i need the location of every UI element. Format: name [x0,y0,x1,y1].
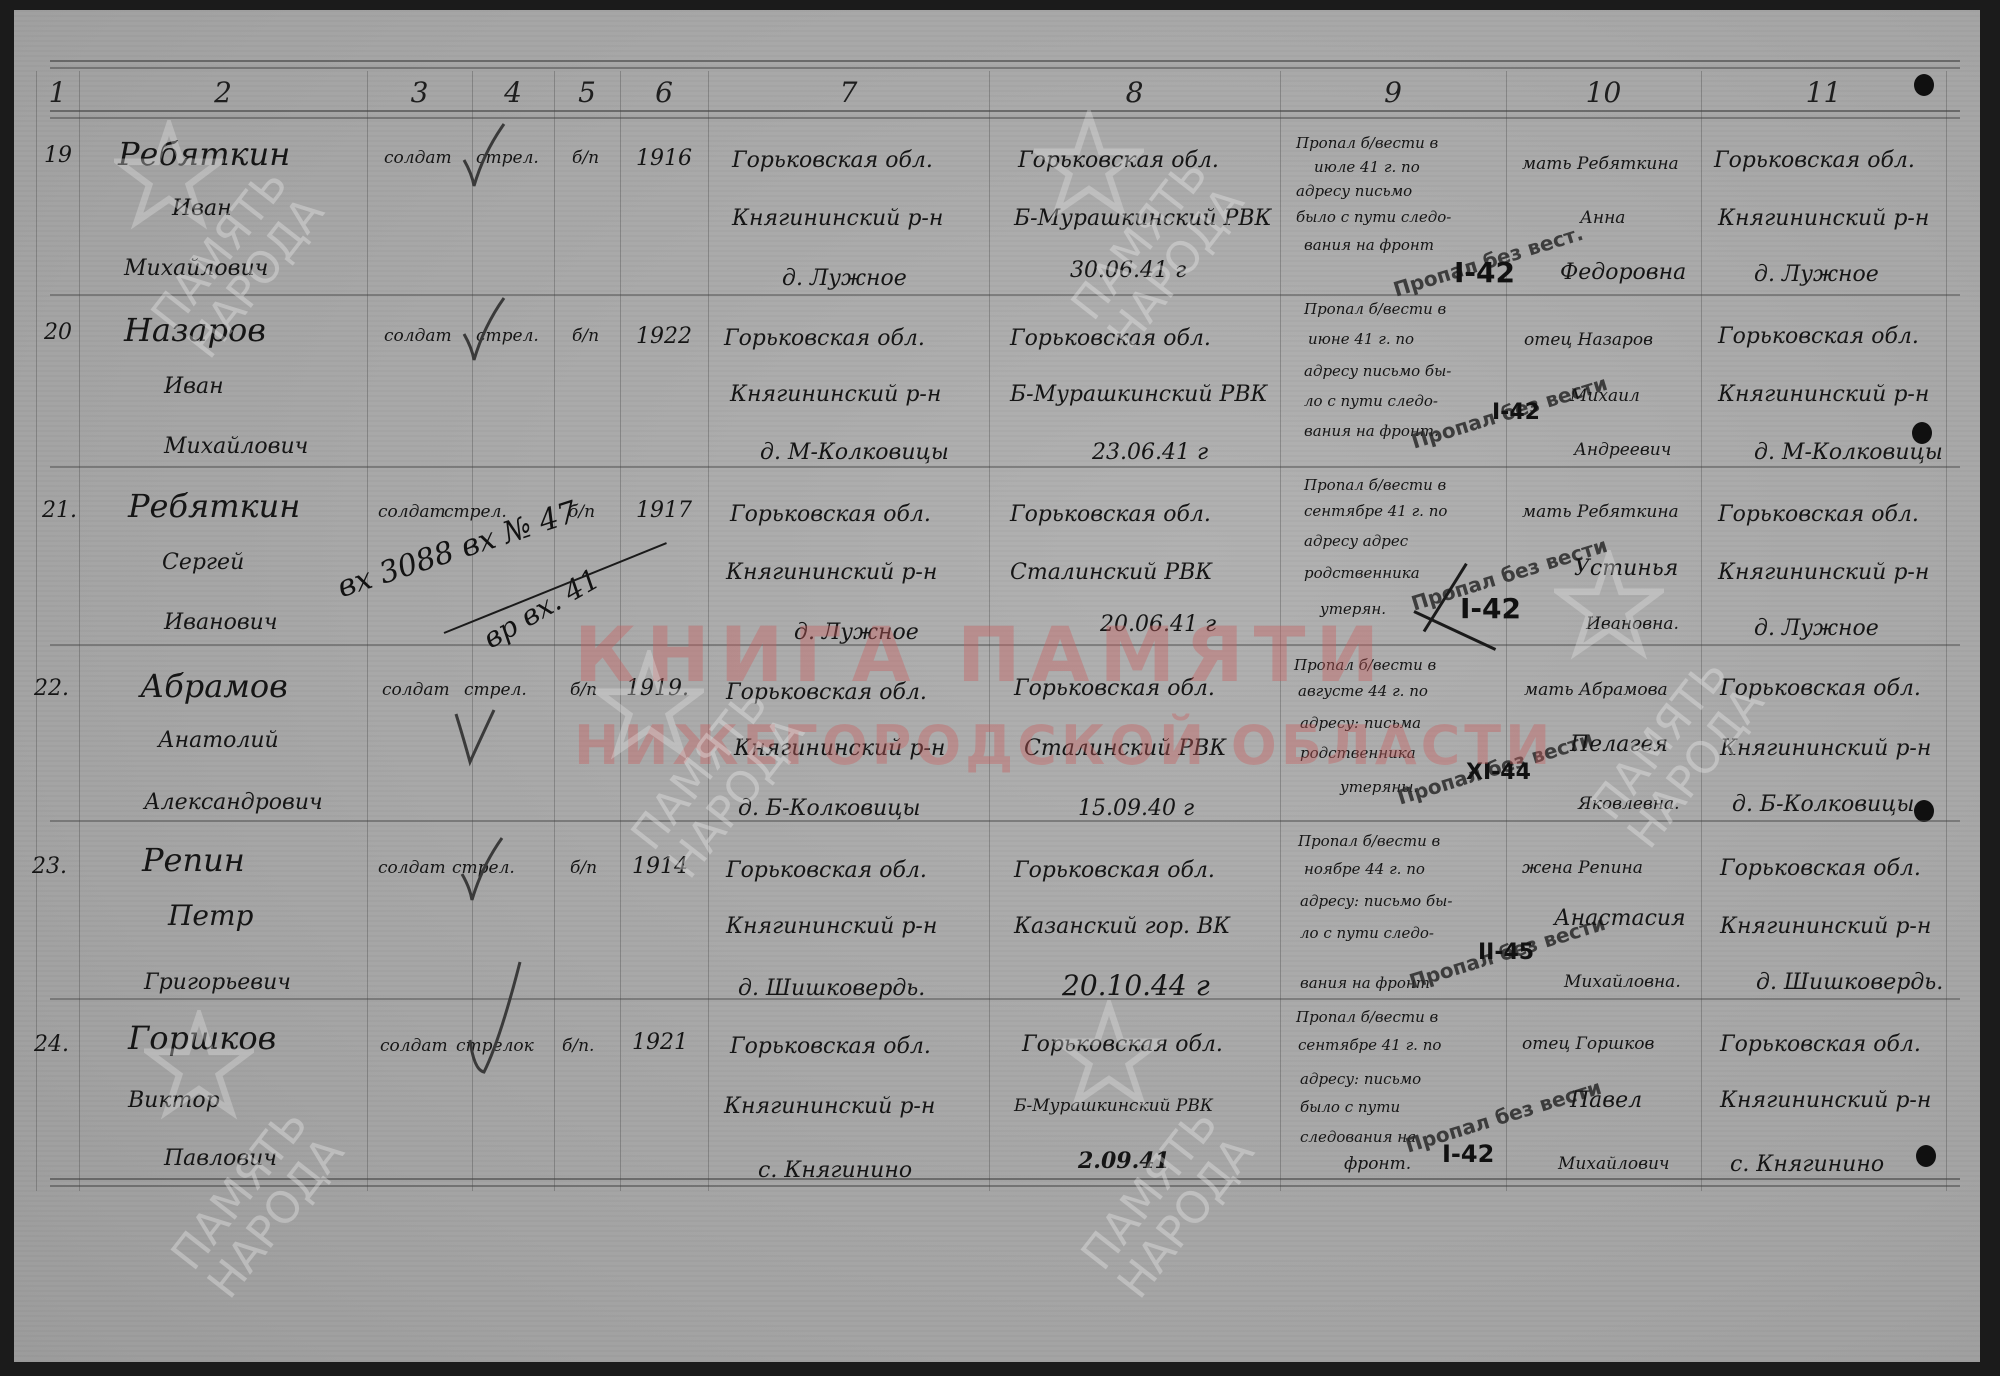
position: стрел. [464,682,527,699]
birthplace-line: д. Шишковердь. [738,978,925,1000]
birthplace-line: Горьковская обл. [724,328,925,350]
stamp-date: I-42 [1454,256,1515,289]
draft-date: 15.09.40 г [1078,798,1194,820]
watermark-memory: ПАМЯТЬНАРОДА [164,1101,353,1306]
rank: солдат [382,682,450,699]
relative-line: мать Абрамова [1524,682,1668,699]
row-number: 22. [34,678,69,700]
fate-line: Пропал б/вести в [1296,136,1438,151]
relative-address-line: Княгининский р-н [1718,562,1929,584]
column-number: 1 [36,76,79,116]
surname: Ребяткин [128,490,300,522]
draft-line: Казанский гор. ВК [1014,916,1230,938]
relative-line: Анна [1580,210,1625,227]
relative-address-line: Княгининский р-н [1718,384,1929,406]
column-number: 10 [1506,76,1701,116]
col-divider [36,71,37,1191]
surname: Репин [142,844,245,876]
relative-line: жена Репина [1522,860,1643,877]
birthplace-line: Горьковская обл. [730,1036,931,1058]
col-divider [1701,71,1702,1191]
star-icon [1554,550,1664,660]
relative-address-line: д. М-Колковицы [1754,442,1943,464]
fate-line: адресу: письмо бы- [1300,894,1452,909]
party: б/п [572,328,599,345]
fate-line: следования на [1300,1130,1416,1145]
checkmark-icon [460,296,506,366]
birthplace-line: с. Княгинино [758,1160,912,1182]
party: б/п [570,860,597,877]
relative-address-line: Горьковская обл. [1718,504,1919,526]
birthplace-line: д. М-Колковицы [760,442,949,464]
birth-year: 1916 [636,148,692,170]
relative-line: Федоровна [1560,262,1686,284]
fate-line: сентябре 41 г. по [1298,1038,1441,1053]
relative-address-line: д. Лужное [1754,264,1879,286]
first-name: Петр [168,902,253,930]
draft-line: Сталинский РВК [1010,562,1212,584]
draft-date: 20.10.44 г [1062,972,1210,1000]
rank: солдат [384,150,452,167]
row-number: 24. [34,1034,69,1056]
draft-line: Горьковская обл. [1014,860,1215,882]
column-number: 6 [620,76,708,116]
fate-line: июле 41 г. по [1314,160,1420,175]
birthplace-line: д. Лужное [782,268,907,290]
checkmark-icon [458,836,504,906]
rank: солдат [380,1038,448,1055]
patronymic: Михайлович [164,436,308,458]
rank: солдат [378,860,446,877]
party: б/п [572,150,599,167]
relative-line: Павел [1570,1090,1642,1112]
row-divider [50,294,1960,296]
patronymic: Григорьевич [144,972,291,994]
relative-address-line: Княгининский р-н [1718,208,1929,230]
row-number: 19 [44,145,72,167]
relative-address-line: Горьковская обл. [1714,150,1915,172]
col-divider [79,71,80,1191]
birth-year: 1917 [636,500,692,522]
punch-hole-icon [1914,800,1934,822]
col-divider [554,71,555,1191]
fate-line: адресу письмо бы- [1304,364,1451,379]
relative-line: мать Ребяткина [1522,156,1679,173]
fate-line: адресу адрес [1304,534,1408,549]
star-icon [1054,1000,1164,1110]
surname: Абрамов [140,670,288,702]
column-number: 9 [1280,76,1506,116]
row-number: 21. [42,500,77,522]
fate-line: Пропал б/вести в [1296,1010,1438,1025]
fate-line: было с пути следо- [1296,210,1451,225]
fate-line: адресу: письмо [1300,1072,1421,1087]
birthplace-line: Княгининский р-н [726,916,937,938]
first-name: Сергей [162,552,244,574]
col-divider [367,71,368,1191]
fate-line: ло с пути следо- [1304,394,1438,409]
relative-address-line: Горьковская обл. [1720,1034,1921,1056]
rank: солдат [384,328,452,345]
birthplace-line: Княгининский р-н [724,1096,935,1118]
fate-line: Пропал б/вести в [1304,302,1446,317]
draft-date: 23.06.41 г [1092,442,1208,464]
fate-line: июне 41 г. по [1308,332,1414,347]
relative-line: мать Ребяткина [1522,504,1679,521]
relative-line: отец Горшков [1522,1036,1654,1053]
birthplace-line: Княгининский р-н [730,384,941,406]
first-name: Анатолий [158,730,279,752]
relative-address-line: Горьковская обл. [1720,858,1921,880]
col-divider [1506,71,1507,1191]
relative-address-line: Княгининский р-н [1720,738,1931,760]
fate-line: ло с пути следо- [1300,926,1434,941]
fate-line: ноябре 44 г. по [1304,862,1425,877]
relative-line: Михаил [1570,388,1640,405]
relative-address-line: д. Лужное [1754,618,1879,640]
party: б/п. [562,1038,594,1055]
birth-year: 1922 [636,326,692,348]
first-name: Иван [164,376,224,398]
rank: солдат [378,504,446,521]
fate-line: адресу письмо [1296,184,1412,199]
birthplace-line: Княгининский р-н [732,208,943,230]
patronymic: Иванович [164,612,278,634]
relative-address-line: Горьковская обл. [1718,326,1919,348]
fate-line: Пропал б/вести в [1304,478,1446,493]
column-number: 5 [554,76,620,116]
relative-line: отец Назаров [1524,332,1653,349]
patronymic: Александрович [144,792,323,814]
fate-line: вания на фронт [1304,238,1434,253]
fate-line: Пропал б/вести в [1298,834,1440,849]
star-icon [114,120,224,230]
document-sheet: 1 2 3 4 5 6 7 8 9 10 11 19 Ребяткин Иван… [14,10,1980,1362]
relative-line: Анастасия [1554,908,1686,930]
fate-line: сентябре 41 г. по [1304,504,1447,519]
birthplace-line: Горьковская обл. [730,504,931,526]
stamp-date: II-45 [1478,940,1534,965]
draft-line: Горьковская обл. [1010,504,1211,526]
star-icon [144,1010,254,1120]
table-top-rule [50,60,1960,69]
row-divider [50,466,1960,468]
fate-line: было с пути [1300,1100,1400,1115]
col-divider [1946,71,1947,1191]
row-divider [50,998,1960,1000]
row-number: 23. [32,856,67,878]
relative-address-line: Княгининский р-н [1720,1090,1931,1112]
column-number: 2 [79,76,367,116]
birthplace-line: Горьковская обл. [732,150,933,172]
stamp-date: I-42 [1492,400,1540,425]
column-number: 3 [367,76,472,116]
checkmark-icon [460,122,506,192]
relative-line: Андреевич [1574,442,1671,459]
birthplace-line: Горьковская обл. [726,860,927,882]
stamp-date: I-42 [1460,592,1521,625]
column-number: 7 [708,76,989,116]
stamp-date: I-42 [1442,1140,1494,1168]
fate-line: фронт. [1344,1156,1411,1173]
draft-line: Б-Мурашкинский РВК [1010,384,1268,406]
birth-year: 1921 [632,1032,688,1054]
checkmark-icon [452,700,498,770]
birthplace-line: Княгининский р-н [726,562,937,584]
relative-line: Михайлович [1558,1156,1670,1173]
star-icon [1034,110,1144,220]
relative-line: Михайловна. [1564,974,1681,991]
watermark-memory: ПАМЯТЬНАРОДА [1074,1101,1263,1306]
column-number: 4 [472,76,554,116]
fate-line: родственника [1304,566,1420,581]
relative-address-line: д. Шишковердь. [1756,972,1943,994]
relative-address-line: Княгининский р-н [1720,916,1931,938]
checkmark-icon [464,960,524,1080]
punch-hole-icon [1916,1145,1936,1167]
relative-address-line: с. Княгинино [1730,1154,1884,1176]
relative-address-line: д. Б-Колковицы [1732,794,1914,816]
column-number: 11 [1701,76,1946,116]
row-number: 20 [44,322,72,344]
